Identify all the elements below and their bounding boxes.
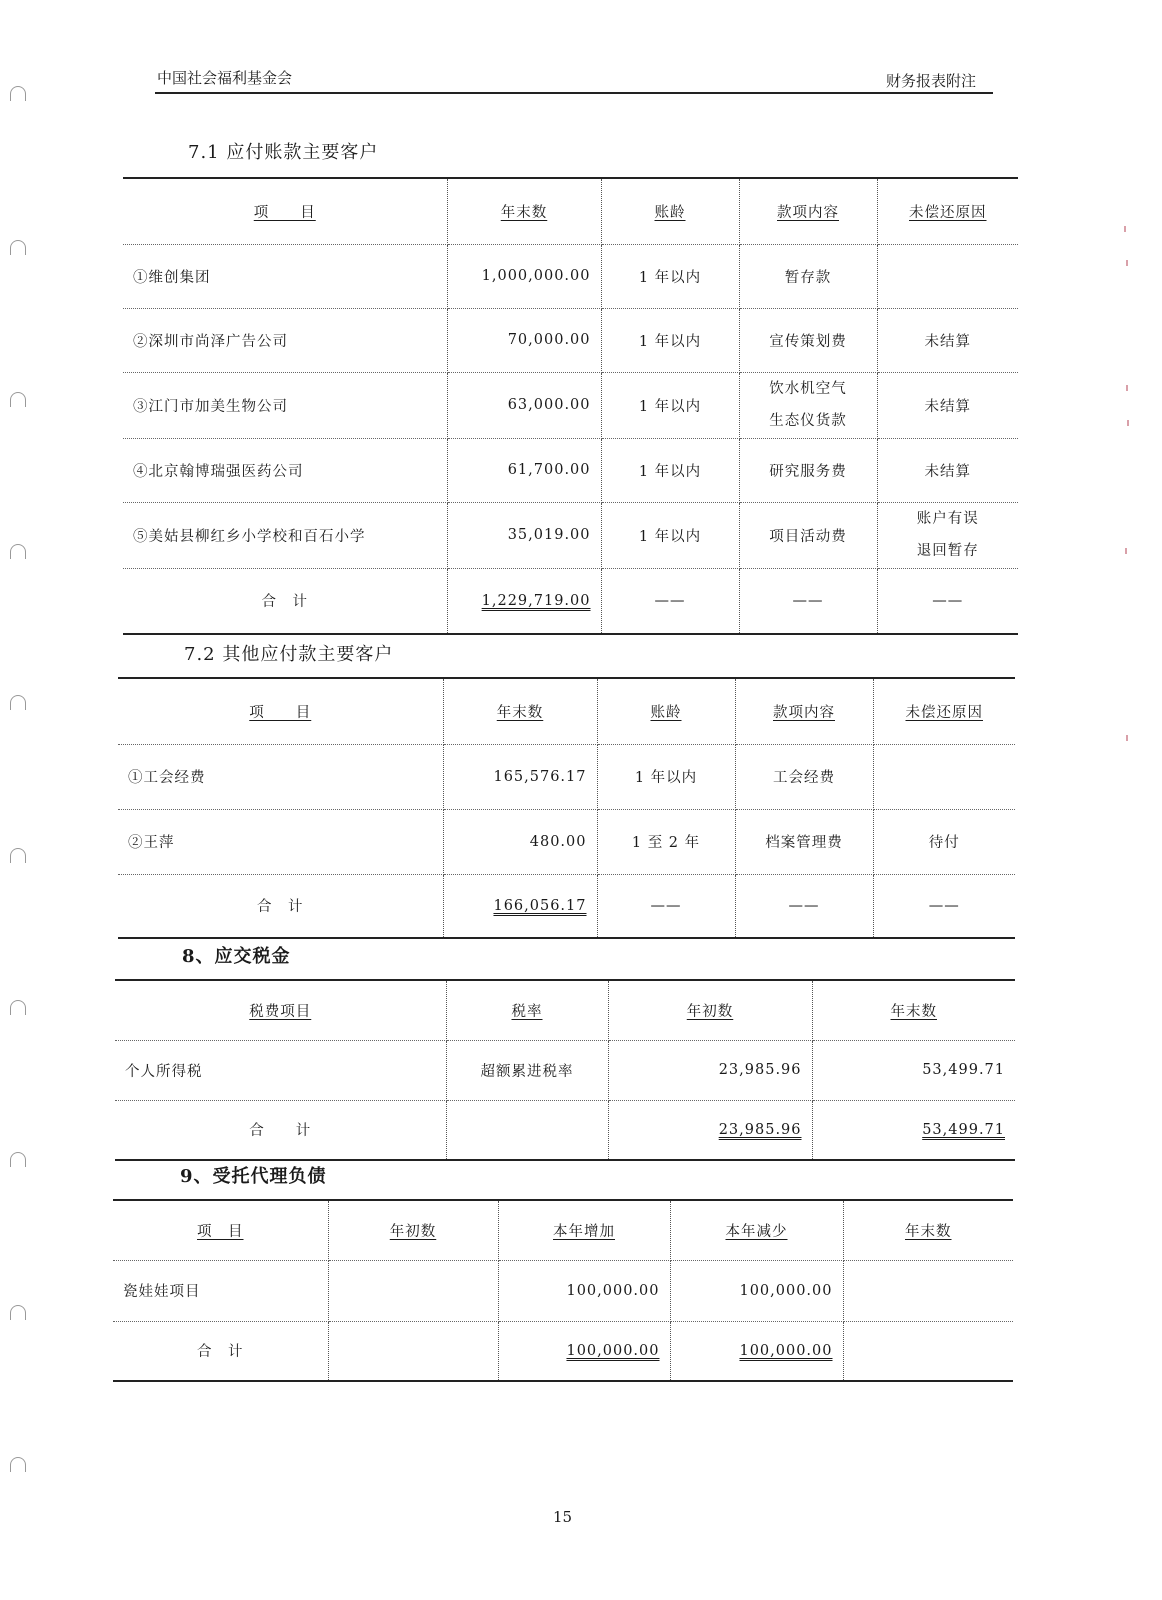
cell-item: 瓷娃娃项目 (113, 1260, 328, 1321)
cell-age: 1 年以内 (597, 744, 735, 809)
cell-item: ①工会经费 (118, 744, 443, 809)
cell-amount: 61,700.00 (447, 438, 601, 502)
column-header: 项 目 (197, 1224, 244, 1240)
table-total-row: 合 计 100,000.00 100,000.00 (113, 1321, 1013, 1381)
cell-content: 暂存款 (739, 244, 877, 308)
document-section-title: 财务报表附注 (886, 70, 976, 91)
cell-amount: 165,576.17 (443, 744, 597, 809)
cell-item: ⑤美姑县柳红乡小学校和百石小学 (123, 502, 447, 568)
column-header: 年初数 (390, 1224, 437, 1240)
punch-hole-mark (10, 848, 26, 863)
cell-begin: 23,985.96 (608, 1040, 812, 1100)
cell-rate: 超额累进税率 (446, 1040, 608, 1100)
total-label: 合 计 (115, 1100, 446, 1160)
total-decrease: 100,000.00 (739, 1343, 832, 1359)
punch-hole-mark (10, 1000, 26, 1015)
cell-content: 饮水机空气 生态仪货款 (739, 372, 877, 438)
taxes-payable-table: 税费项目 税率 年初数 年末数 个人所得税 超额累进税率 23,985.96 5… (115, 979, 1015, 1161)
table-row: 瓷娃娃项目 100,000.00 100,000.00 (113, 1260, 1013, 1321)
cell-content-line: 饮水机空气 (750, 373, 867, 405)
column-header: 项 目 (249, 705, 311, 721)
punch-hole-mark (10, 1305, 26, 1320)
total-reason: —— (873, 874, 1015, 938)
column-header: 年末数 (905, 1224, 952, 1240)
cell-item: ②深圳市尚泽广告公司 (123, 308, 447, 372)
section-title-8: 8、应交税金 (182, 942, 291, 968)
cell-reason: 待付 (873, 809, 1015, 874)
cell-amount: 480.00 (443, 809, 597, 874)
cell-reason: 未结算 (877, 372, 1018, 438)
cell-item: ④北京翰博瑞强医药公司 (123, 438, 447, 502)
scan-speck (1126, 260, 1128, 266)
total-age: —— (601, 568, 739, 634)
cell-age: 1 年以内 (601, 372, 739, 438)
total-label: 合 计 (118, 874, 443, 938)
cell-age: 1 年以内 (601, 308, 739, 372)
cell-reason: 未结算 (877, 308, 1018, 372)
punch-hole-mark (10, 544, 26, 559)
scan-speck (1124, 226, 1126, 232)
table-row: ②深圳市尚泽广告公司 70,000.00 1 年以内 宣传策划费 未结算 (123, 308, 1018, 372)
cell-amount: 1,000,000.00 (447, 244, 601, 308)
table-row: ①工会经费 165,576.17 1 年以内 工会经费 (118, 744, 1015, 809)
cell-end (843, 1260, 1013, 1321)
accounts-payable-table: 项 目 年末数 账龄 款项内容 未偿还原因 ①维创集团 1,000,000.00… (123, 177, 1018, 635)
table-header-row: 项 目 年初数 本年增加 本年减少 年末数 (113, 1200, 1013, 1260)
total-begin (328, 1321, 498, 1381)
table-header-row: 项 目 年末数 账龄 款项内容 未偿还原因 (118, 678, 1015, 744)
table-header-row: 税费项目 税率 年初数 年末数 (115, 980, 1015, 1040)
column-header: 年末数 (501, 205, 548, 221)
total-increase: 100,000.00 (566, 1343, 659, 1359)
column-header: 本年增加 (553, 1224, 615, 1240)
table-total-row: 合 计 1,229,719.00 —— —— —— (123, 568, 1018, 634)
cell-increase: 100,000.00 (498, 1260, 670, 1321)
organization-name: 中国社会福利基金会 (157, 67, 292, 88)
column-header: 年末数 (497, 705, 544, 721)
table-row: ③江门市加美生物公司 63,000.00 1 年以内 饮水机空气 生态仪货款 未… (123, 372, 1018, 438)
page-number: 15 (553, 1508, 572, 1526)
cell-age: 1 年以内 (601, 438, 739, 502)
table-row: ⑤美姑县柳红乡小学校和百石小学 35,019.00 1 年以内 项目活动费 账户… (123, 502, 1018, 568)
cell-content: 宣传策划费 (739, 308, 877, 372)
column-header: 税费项目 (249, 1004, 311, 1020)
cell-reason: 账户有误 退回暂存 (877, 502, 1018, 568)
punch-hole-mark (10, 1457, 26, 1472)
scan-speck (1126, 735, 1128, 741)
total-rate (446, 1100, 608, 1160)
cell-age: 1 年以内 (601, 502, 739, 568)
total-end (843, 1321, 1013, 1381)
cell-amount: 70,000.00 (447, 308, 601, 372)
cell-age: 1 至 2 年 (597, 809, 735, 874)
entrusted-liabilities-table: 项 目 年初数 本年增加 本年减少 年末数 瓷娃娃项目 100,000.00 1… (113, 1199, 1013, 1382)
total-label: 合 计 (113, 1321, 328, 1381)
cell-item: ②王萍 (118, 809, 443, 874)
cell-amount: 35,019.00 (447, 502, 601, 568)
table-total-row: 合 计 166,056.17 —— —— —— (118, 874, 1015, 938)
total-amount: 166,056.17 (493, 898, 586, 914)
column-header: 税率 (512, 1004, 543, 1020)
scan-speck (1125, 548, 1127, 554)
cell-reason-line: 账户有误 (888, 503, 1009, 535)
cell-content: 项目活动费 (739, 502, 877, 568)
table-header-row: 项 目 年末数 账龄 款项内容 未偿还原因 (123, 178, 1018, 244)
cell-content: 研究服务费 (739, 438, 877, 502)
total-age: —— (597, 874, 735, 938)
punch-hole-mark (10, 86, 26, 101)
total-label: 合 计 (123, 568, 447, 634)
column-header: 项 目 (254, 205, 316, 221)
header-rule (155, 92, 993, 94)
cell-begin (328, 1260, 498, 1321)
column-header: 年末数 (891, 1004, 938, 1020)
cell-reason (873, 744, 1015, 809)
punch-hole-mark (10, 240, 26, 255)
cell-age: 1 年以内 (601, 244, 739, 308)
table-row: ①维创集团 1,000,000.00 1 年以内 暂存款 (123, 244, 1018, 308)
table-row: ②王萍 480.00 1 至 2 年 档案管理费 待付 (118, 809, 1015, 874)
total-begin: 23,985.96 (719, 1122, 802, 1138)
cell-content: 工会经费 (735, 744, 873, 809)
column-header: 未偿还原因 (909, 205, 987, 221)
cell-reason: 未结算 (877, 438, 1018, 502)
total-amount: 1,229,719.00 (482, 593, 591, 609)
other-payables-table: 项 目 年末数 账龄 款项内容 未偿还原因 ①工会经费 165,576.17 1… (118, 677, 1015, 939)
cell-end: 53,499.71 (812, 1040, 1015, 1100)
column-header: 账龄 (655, 205, 686, 221)
total-reason: —— (877, 568, 1018, 634)
section-title-9: 9、受托代理负债 (180, 1162, 327, 1188)
section-title-7-2: 7.2 其他应付款主要客户 (184, 640, 393, 666)
punch-hole-mark (10, 695, 26, 710)
cell-amount: 63,000.00 (447, 372, 601, 438)
column-header: 本年减少 (726, 1224, 788, 1240)
scan-speck (1126, 385, 1128, 391)
column-header: 账龄 (651, 705, 682, 721)
column-header: 款项内容 (773, 705, 835, 721)
column-header: 年初数 (687, 1004, 734, 1020)
total-content: —— (735, 874, 873, 938)
table-row: 个人所得税 超额累进税率 23,985.96 53,499.71 (115, 1040, 1015, 1100)
total-end: 53,499.71 (922, 1122, 1005, 1138)
cell-decrease: 100,000.00 (670, 1260, 843, 1321)
cell-item: 个人所得税 (115, 1040, 446, 1100)
cell-item: ①维创集团 (123, 244, 447, 308)
punch-hole-mark (10, 392, 26, 407)
table-total-row: 合 计 23,985.96 53,499.71 (115, 1100, 1015, 1160)
cell-content: 档案管理费 (735, 809, 873, 874)
cell-content-line: 生态仪货款 (750, 405, 867, 437)
column-header: 未偿还原因 (906, 705, 984, 721)
cell-reason (877, 244, 1018, 308)
cell-item: ③江门市加美生物公司 (123, 372, 447, 438)
column-header: 款项内容 (777, 205, 839, 221)
table-row: ④北京翰博瑞强医药公司 61,700.00 1 年以内 研究服务费 未结算 (123, 438, 1018, 502)
punch-hole-mark (10, 1152, 26, 1167)
scan-speck (1127, 420, 1129, 426)
total-content: —— (739, 568, 877, 634)
cell-reason-line: 退回暂存 (888, 535, 1009, 567)
section-title-7-1: 7.1 应付账款主要客户 (188, 138, 378, 164)
